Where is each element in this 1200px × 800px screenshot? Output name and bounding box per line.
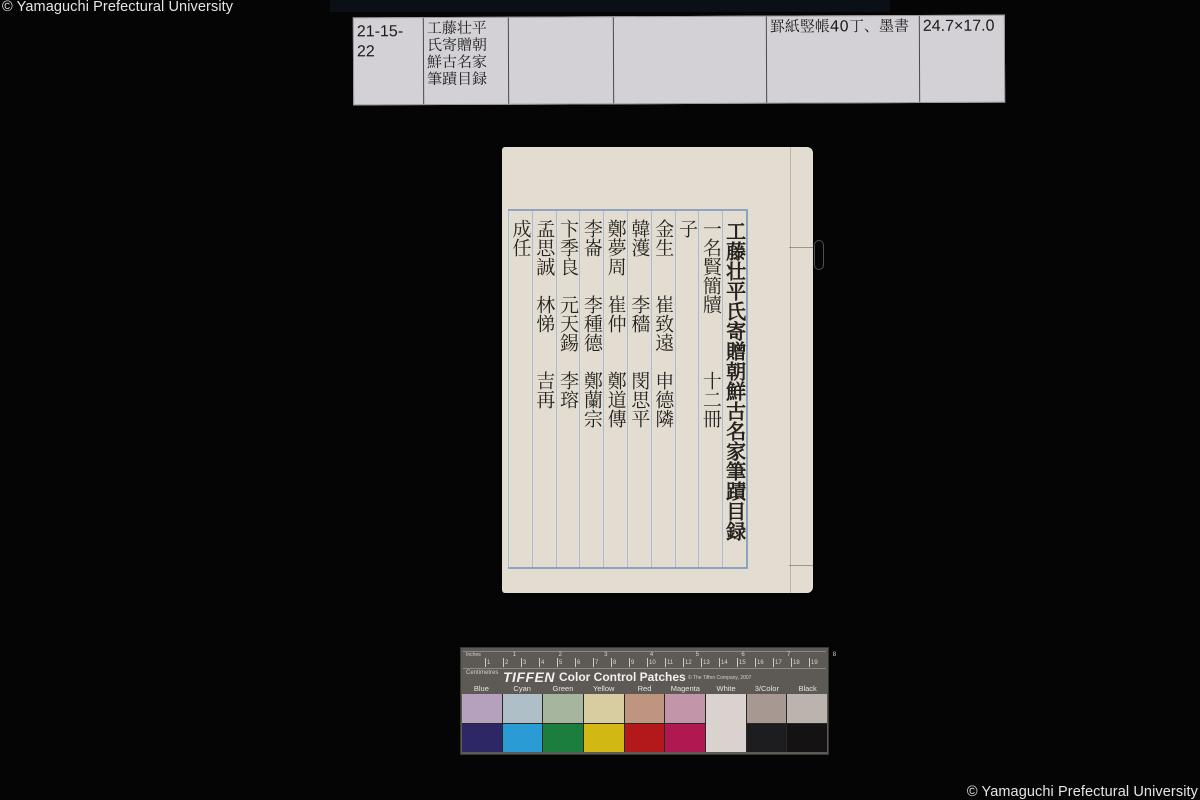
ruler-cm-tick [485,658,486,667]
ruler-cm-number: 19 [811,660,818,666]
ruler-cm-tick [791,658,792,667]
ruler-cm-number: 15 [739,660,746,666]
page-column: 金生 崔致遠 申德隣 [651,211,675,567]
color-patch-cyan-dark [503,724,543,753]
copyright-watermark-top: © Yamaguchi Prefectural University [2,0,233,15]
ruler-cm-tick [611,658,612,667]
page-column: 卞季良 元天錫 李瑢 [556,211,580,567]
ruler-inch-number: 3 [604,652,607,658]
copyright-watermark-bottom: © Yamaguchi Prefectural University [967,784,1198,800]
page-column: 成任 [508,211,532,567]
ruler-cm-tick [557,658,558,667]
record-title-line: 氏寄贈朝 [427,37,505,54]
record-dimensions-cell: 24.7×17.0 [920,16,1004,102]
color-patch-3color-dark [747,724,787,753]
document-page: 工藤壮平氏寄贈朝鮮古名家筆蹟目録 一名賢簡牘 十二冊 子 金生 崔致遠 申德隣 … [502,147,813,593]
patch-label-green: Green [543,684,584,694]
ruler-cm-number: 11 [667,660,673,666]
record-empty-cell [614,17,767,104]
record-empty-cell [509,17,614,103]
page-column: 李崙 李種德 鄭蘭宗 [579,211,603,567]
ruler-inch-number: 5 [696,652,699,658]
ruler-cm-number: 18 [793,660,800,666]
ruler-cm-tick [683,658,684,667]
binding-stitch [789,247,813,248]
ruler-cm-number: 1 [487,660,490,666]
ruler-cm-tick [665,658,666,667]
ruler-cm-number: 3 [523,660,526,666]
ruled-frame: 工藤壮平氏寄贈朝鮮古名家筆蹟目録 一名賢簡牘 十二冊 子 金生 崔致遠 申德隣 … [508,209,748,569]
ruler-cm-number: 14 [721,660,728,666]
record-title-line: 工藤壮平 [427,20,505,37]
ruler-inch-number: 1 [513,652,516,658]
patch-label-3color: 3/Color [746,684,787,694]
ruler-cm-tick [701,658,702,667]
top-background-band [330,0,890,12]
ruler-cm-tick [737,658,738,667]
ruler-cm-number: 7 [595,660,598,666]
card-copyright: © The Tiffen Company, 2007 [688,675,751,681]
ruler-cm-tick [575,658,576,667]
ruler-cm-number: 6 [577,660,580,666]
color-patch-white-light [706,694,746,752]
page-column-title: 工藤壮平氏寄贈朝鮮古名家筆蹟目録 [722,211,746,567]
patch-label-yellow: Yellow [583,684,624,694]
catalog-record-strip: 21-15- 22 工藤壮平 氏寄贈朝 鮮古名家 筆蹟目録 罫紙竪帳40丁、墨書… [353,15,1005,106]
color-patch-black-light [787,694,827,723]
patch-label-cyan: Cyan [502,684,543,694]
color-patch-3color-light [747,694,787,723]
ruler-inches-label: Inches [466,652,481,658]
ruler-cm-number: 4 [541,660,544,666]
ruler-cm-number: 8 [613,660,616,666]
ruler-cm-tick [809,658,810,667]
color-patch-magenta-dark [665,724,705,753]
ruler-cm-number: 2 [505,660,508,666]
patch-label-magenta: Magenta [665,684,706,694]
ruler-cm-tick [773,658,774,667]
record-title-line: 筆蹟目録 [427,71,505,88]
ruler-cm-tick [629,658,630,667]
ruler-cm-number: 10 [649,660,656,666]
ruler-cm-number: 13 [703,660,710,666]
ruler-cm-tick [521,658,522,667]
ruler-cm-tick [755,658,756,667]
record-title-cell: 工藤壮平 氏寄贈朝 鮮古名家 筆蹟目録 [424,18,509,104]
page-column: 孟思誠 林悌 吉再 [532,211,556,567]
ruler-inch-number: 8 [833,652,836,658]
ruler-inch-number: 2 [558,652,561,658]
tiffen-logo: TIFFEN [503,669,555,685]
patch-label-black: Black [787,684,828,694]
color-patch-green-dark [543,724,583,753]
patch-label-red: Red [624,684,665,694]
ruler-inch-number: 7 [787,652,790,658]
color-patch-green-light [543,694,583,723]
ruler-cm-number: 9 [631,660,634,666]
color-patch-blue-dark [462,724,502,753]
color-patch-black-dark [787,724,827,753]
ruler-cm-tick [593,658,594,667]
color-patch-blue-light [462,694,502,723]
binding-fold-line [790,147,791,593]
ruler-inch-number: 4 [650,652,653,658]
binding-stitch [789,565,813,566]
color-patches-grid [462,694,827,752]
color-patch-yellow-dark [584,724,624,753]
ruler: Inches 123456789101112131415161718191234… [463,651,826,669]
color-patch-cyan-light [503,694,543,723]
ruler-cm-tick [647,658,648,667]
card-title: Color Control Patches [559,670,686,684]
color-control-card: Inches 123456789101112131415161718191234… [460,647,829,755]
page-column: 韓濩 李穡 閔思平 [627,211,651,567]
patch-labels: Blue Cyan Green Yellow Red Magenta White… [461,684,828,694]
record-id-line: 21-15- [357,22,420,42]
ruler-cm-number: 17 [775,660,782,666]
ruler-cm-label: Centimetres [466,670,498,676]
page-column: 子 [675,211,699,567]
ruler-cm-number: 16 [757,660,764,666]
ruler-cm-number: 12 [685,660,692,666]
color-patch-red-dark [625,724,665,753]
patch-label-blue: Blue [461,684,502,694]
binding-string [814,240,824,270]
page-column: 一名賢簡牘 十二冊 [698,211,722,567]
ruler-inch-number: 6 [741,652,744,658]
ruler-cm-number: 5 [559,660,562,666]
color-patch-red-light [625,694,665,723]
record-description-cell: 罫紙竪帳40丁、墨書 [767,16,920,103]
record-id-cell: 21-15- 22 [354,18,424,104]
record-id-line: 22 [357,42,420,62]
color-patch-magenta-light [665,694,705,723]
ruler-cm-tick [539,658,540,667]
page-column: 鄭夢周 崔仲 鄭道傳 [603,211,627,567]
ruler-cm-tick [503,658,504,667]
ruler-cm-tick [719,658,720,667]
record-title-line: 鮮古名家 [427,54,505,71]
patch-label-white: White [706,684,747,694]
color-patch-yellow-light [584,694,624,723]
